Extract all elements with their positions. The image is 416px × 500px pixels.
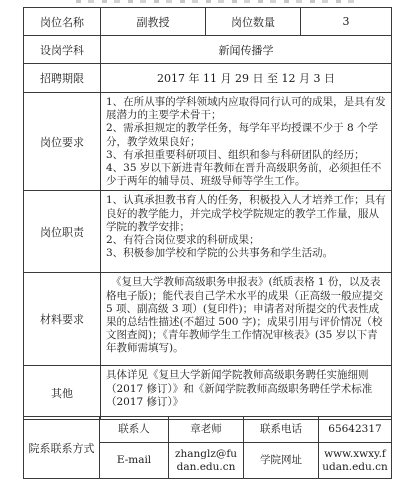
- contact-table: 院系联系方式 联系人 章老师 联系电话 65642317 E-mail zhan…: [23, 416, 392, 479]
- contact-person-label: 联系人: [100, 417, 169, 443]
- position-name-value: 副教授: [101, 8, 206, 36]
- requirements-text: 1、在所从事的学科领域内应取得同行认可的成果，是具有发展潜力的主要学术骨干； 2…: [101, 93, 392, 191]
- contact-email-label: E-mail: [100, 443, 169, 479]
- position-name-label: 岗位名称: [24, 8, 101, 36]
- duties-label: 岗位职责: [24, 191, 101, 273]
- requirement-item: 1、在所从事的学科领域内应取得同行认可的成果，是具有发展潜力的主要学术骨干；: [106, 96, 387, 122]
- materials-label: 材料要求: [24, 273, 101, 366]
- position-count-value: 3: [301, 8, 392, 36]
- table-row: 材料要求 《复旦大学教师高级职务申报表》(纸质表格 1 份，以及表格电子版)；能…: [24, 273, 392, 366]
- job-posting-document: 岗位名称 副教授 岗位数量 3 设岗学科 新闻传播学 招聘期限 2017 年 1…: [0, 0, 416, 500]
- other-label: 其他: [24, 366, 101, 420]
- duty-item: 1、认真承担教书育人的任务，积极投入人才培养工作；具有良好的教学能力，并完成学校…: [106, 194, 387, 234]
- other-text: 具体详见《复旦大学新闻学院教师高级职务聘任实施细则（2017 修订）》和《新闻学…: [101, 366, 392, 420]
- position-count-label: 岗位数量: [206, 8, 301, 36]
- requirement-item: 4、35 岁以下新进青年教师在晋升高级职务前，必须担任不少于两年的辅导员、班级导…: [106, 162, 387, 188]
- contact-website-value: www.xwxy.fudan.edu.cn: [319, 443, 392, 479]
- recruit-period-value: 2017 年 11 月 29 日 至 12 月 3 日: [101, 64, 392, 93]
- table-row: 设岗学科 新闻传播学: [24, 36, 392, 64]
- contact-person-value: 章老师: [169, 417, 244, 443]
- table-row: 其他 具体详见《复旦大学新闻学院教师高级职务聘任实施细则（2017 修订）》和《…: [24, 366, 392, 420]
- job-posting-table: 岗位名称 副教授 岗位数量 3 设岗学科 新闻传播学 招聘期限 2017 年 1…: [23, 7, 392, 420]
- contact-website-label: 学院网址: [244, 443, 319, 479]
- table-row: 院系联系方式 联系人 章老师 联系电话 65642317: [24, 417, 392, 443]
- table-row: 岗位要求 1、在所从事的学科领域内应取得同行认可的成果，是具有发展潜力的主要学术…: [24, 93, 392, 191]
- contact-phone-value: 65642317: [319, 417, 392, 443]
- requirements-label: 岗位要求: [24, 93, 101, 191]
- materials-text: 《复旦大学教师高级职务申报表》(纸质表格 1 份，以及表格电子版)；能代表自己学…: [101, 273, 392, 366]
- contact-phone-label: 联系电话: [244, 417, 319, 443]
- discipline-value: 新闻传播学: [101, 36, 392, 64]
- requirement-item: 2、需承担规定的教学任务，每学年平均授课不少于 8 个学分，教学效果良好；: [106, 122, 387, 148]
- contact-section-label: 院系联系方式: [24, 417, 100, 479]
- other-paragraph: 具体详见《复旦大学新闻学院教师高级职务聘任实施细则（2017 修订）》和《新闻学…: [106, 369, 387, 409]
- requirement-item: 3、有承担重要科研项目、组织和参与科研团队的经历；: [106, 149, 387, 162]
- table-row: 岗位职责 1、认真承担教书育人的任务，积极投入人才培养工作；具有良好的教学能力，…: [24, 191, 392, 273]
- discipline-label: 设岗学科: [24, 36, 101, 64]
- clipped-text-remnant: [76, 0, 358, 3]
- table-row: 招聘期限 2017 年 11 月 29 日 至 12 月 3 日: [24, 64, 392, 93]
- duties-text: 1、认真承担教书育人的任务，积极投入人才培养工作；具有良好的教学能力，并完成学校…: [101, 191, 392, 273]
- materials-paragraph: 《复旦大学教师高级职务申报表》(纸质表格 1 份，以及表格电子版)；能代表自己学…: [106, 276, 387, 355]
- duty-item: 3、积极参加学校和学院的公共事务和学生活动。: [106, 247, 387, 260]
- duty-item: 2、有符合岗位要求的科研成果；: [106, 234, 387, 247]
- table-row: 岗位名称 副教授 岗位数量 3: [24, 8, 392, 36]
- contact-email-value: zhanglz@fudan.edu.cn: [169, 443, 244, 479]
- recruit-period-label: 招聘期限: [24, 64, 101, 93]
